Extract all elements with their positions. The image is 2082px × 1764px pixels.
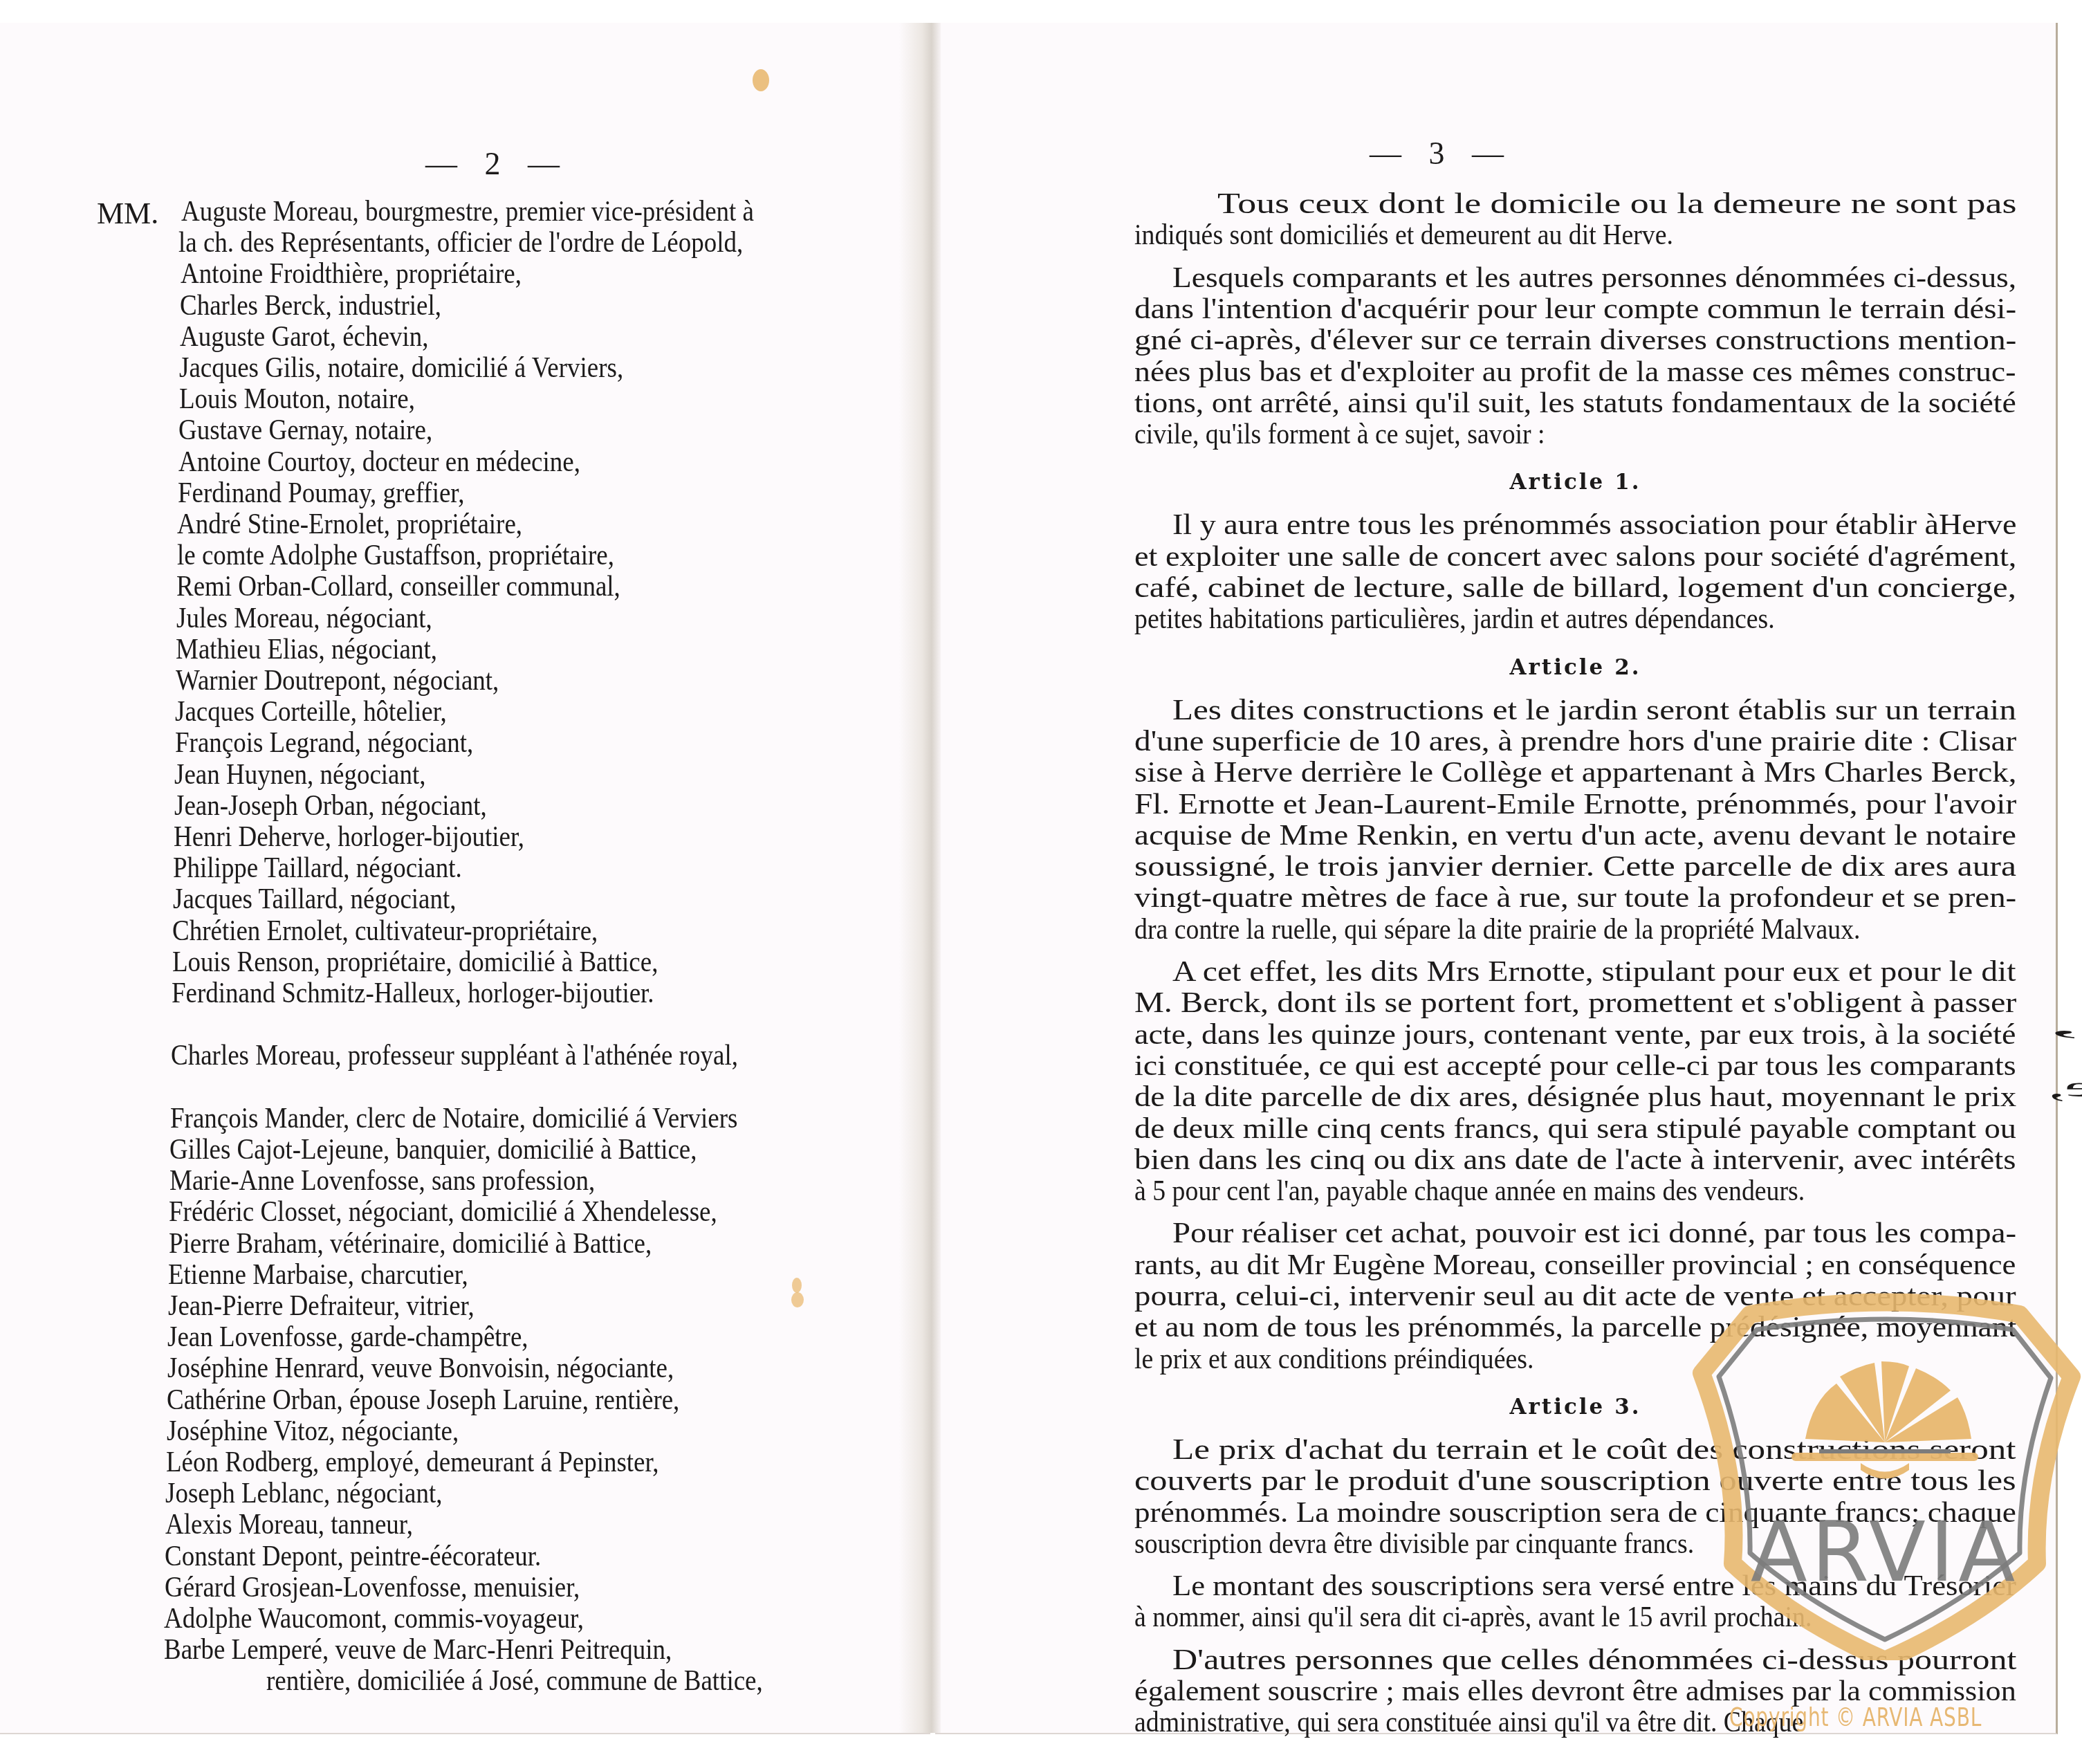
member-list-line: Gérard Grosjean-Lovenfosse, menuisier, [165,1572,580,1603]
paragraph-line: rants, au dit Mr Eugène Moreau, conseill… [1134,1250,2016,1281]
member-list-line: Jacques Taillard, négociant, [173,883,457,915]
page-number-left: — 2 — [425,145,569,182]
member-list-line: Warnier Doutrepont, négociant, [176,665,499,696]
member-list-line: Auguste Garot, échevin, [180,321,428,352]
member-list-line: Jacques Gilis, notaire, domicilié á Verv… [179,352,623,383]
member-list-line: domicilié à Mons, [2047,1009,2082,1040]
paragraph-line: le prix et aux conditions préindiquées. [1134,1344,1533,1375]
member-list-line: Marie-Anne Lovenfosse, sans profession, [169,1165,595,1196]
member-list-line: Ferdinand Poumay, greffier, [178,477,464,508]
member-list-line: Cathérine Orban, épouse Joseph Laruine, … [167,1384,679,1415]
member-list-line: Philippe Taillard, négociant. [173,852,462,883]
member-list-line: Etienne Marbaise, charcutier, [168,1259,468,1290]
paragraph-line: tions, ont arrêté, ainsi qu'il suit, les… [1134,388,2016,419]
member-list-line: Chrétien Ernolet, cultivateur-propriétai… [172,915,598,946]
member-list-line: Mathieu Elias, négociant, [176,634,437,665]
paragraph-line: A cet effet, les dits Mrs Ernotte, stipu… [1172,957,2016,988]
member-list-line: Jean-Pierre Defraiteur, vitrier, [168,1290,475,1321]
paragraph-line: nées plus bas et d'exploiter au profit d… [1134,357,2016,388]
member-list-line: Louis Renson, propriétaire, domicilié à … [172,946,658,977]
paragraph-line: vingt-quatre mètres de face à rue, sur t… [1134,883,2016,914]
member-list-line: Henri Deherve, horloger-bijoutier, [174,821,524,852]
member-list-line: Léon Rodberg, employé, demeurant á Pepin… [166,1446,659,1478]
paragraph-line: Les dites constructions et le jardin ser… [1172,695,2016,726]
member-list-line: Jean Lovenfosse, garde-champêtre, [167,1321,528,1352]
paragraph-line: sise à Herve derrière le Collège et appa… [1134,757,2016,789]
paragraph-line: souscription devra être divisible par ci… [1134,1529,1694,1560]
paragraph-line: couverts par le produit d'une souscripti… [1134,1466,2016,1497]
paragraph-line: soussigné, le trois janvier dernier. Cet… [1134,852,2016,883]
paragraph-line: d'une superficie de 10 ares, à prendre h… [1134,726,2016,757]
member-list-line: Frédéric Closset, négociant, domicilié á… [169,1196,717,1227]
paper-stain [791,1292,804,1307]
article-heading: Article 1. [1134,470,2016,495]
member-list-line: Jacques Corteille, hôtelier, [175,696,447,727]
member-list-line: Pierre Braham, vétérinaire, domicilié à … [169,1228,652,1259]
member-list-line: Jean-Joseph Orban, négociant, [174,790,487,821]
member-list-line: rentière, domiciliée á José, commune de … [266,1665,763,1696]
member-list-line: Auguste Moreau, bourgmestre, premier vic… [181,196,754,227]
member-list-line: Charles Berck, industriel, [180,290,441,321]
article-heading: Article 2. [1134,655,2016,680]
copyright-notice: Copyright © ARVIA ASBL [1729,1702,1982,1732]
paragraph-line: ici constituée, ce qui est accepté pour … [1134,1051,2016,1082]
paragraph-line: Pour réaliser cet achat, pouvoir est ici… [1172,1218,2016,1249]
paragraph-line: prénommés. La moindre souscription sera … [1134,1498,2016,1529]
member-list-line: Barbe Lemperé, veuve de Marc-Henri Peitr… [164,1634,672,1665]
paragraph-line: pourra, celui-ci, intervenir seul au dit… [1134,1281,2016,1312]
paper-stain [792,1278,802,1293]
paragraph-line: Le prix d'achat du terrain et le coût de… [1172,1435,2016,1466]
member-list-line: Jean Huynen, négociant, [174,759,426,790]
page-number-right: — 3 — [1370,135,1513,172]
paragraph-line: à 5 pour cent l'an, payable chaque année… [1134,1176,1805,1207]
member-list-line: Antoine Courtoy, docteur en médecine, [178,446,580,477]
paragraph-line: et exploiter une salle de concert avec s… [1134,542,2016,573]
paragraph-line: bien dans les cinq ou dix ans date de l'… [1134,1145,2016,1176]
paragraph-line: café, cabinet de lecture, salle de billa… [1134,573,2016,604]
member-list-line: Joséphine Henrard, veuve Bonvoisin, négo… [167,1352,674,1384]
paragraph-line: D'autres personnes que celles dénommées … [1172,1645,2016,1676]
paragraph-line: administrative, qui sera constituée ains… [1134,1707,1803,1738]
member-list-line: Louis Mouton, notaire, [179,383,415,414]
member-list-line: de Liége, demeurant à Liége, [2047,1072,2082,1103]
paragraph-line: petites habitations particulières, jardi… [1134,604,1775,635]
paragraph-line: de deux mille cinq cents francs, qui ser… [1134,1114,2016,1145]
paper-stain [753,69,769,91]
member-list-line: Adolphe Waucomont, commis-voyageur, [164,1603,584,1634]
member-list-line: André Stine-Ernolet, propriétaire, [177,508,522,540]
member-list-line: Antoine Froidthière, propriétaire, [181,258,522,289]
paragraph-line: et au nom de tous les prénommés, la parc… [1134,1312,2016,1343]
article-heading: Article 3. [1134,1395,2016,1420]
member-list-line: Charles Moreau, professeur suppléant à l… [171,1040,738,1071]
paragraph-line: Le montant des souscriptions sera versé … [1172,1571,2016,1602]
member-list-line: Constant Depont, peintre-éécorateur. [165,1541,541,1572]
member-list-line: Alexis Moreau, tanneur, [165,1509,413,1540]
member-list-line: François Mander, clerc de Notaire, domic… [170,1103,737,1134]
paragraph-line: Fl. Ernotte et Jean-Laurent-Emile Ernott… [1134,789,2016,820]
paragraph-line: civile, qu'ils forment à ce sujet, savoi… [1134,419,1545,450]
paragraph-line: Il y aura entre tous les prénommés assoc… [1172,510,2017,541]
paragraph-line: indiqués sont domiciliés et demeurent au… [1134,220,1673,251]
paragraph-line: à nommer, ainsi qu'il sera dit ci-après,… [1134,1602,1812,1633]
member-list-line: Gustave Gernay, notaire, [178,414,432,445]
paragraph-line: de la dite parcelle de dix ares, désigné… [1134,1082,2016,1113]
member-list-line: Joseph Leblanc, négociant, [165,1478,442,1509]
member-list-line: le comte Adolphe Gustaffson, propriétair… [177,540,614,571]
paragraph-line: acquise de Mme Renkin, en vertu d'un act… [1134,820,2016,852]
member-list-line: Gilles Cajot-Lejeune, banquier, domicili… [169,1134,697,1165]
paragraph-line: Tous ceux dont le domicile ou la demeure… [1217,189,2016,220]
member-list-line: Remi Orban-Collard, conseiller communal, [176,571,620,602]
paragraph-line: acte, dans les quinze jours, contenant v… [1134,1020,2016,1051]
member-list-line: Jules Moreau, négociant, [176,603,432,634]
paragraph-line: Lesquels comparants et les autres person… [1172,263,2016,294]
paragraph-line: gné ci-après, d'élever sur ce terrain di… [1134,325,2016,356]
member-list-line: Joséphine Vitoz, négociante, [167,1415,459,1446]
book-gutter [899,23,941,1733]
salutation: MM. [97,196,158,231]
member-list-line: François Legrand, négociant, [175,727,473,758]
member-list-line: la ch. des Représentants, officier de l'… [178,227,743,258]
member-list-line: Ferdinand Schmitz-Halleux, horloger-bijo… [172,977,654,1009]
paragraph-line: dans l'intention d'acquérir pour leur co… [1134,294,2016,325]
paragraph-line: dra contre la ruelle, qui sépare la dite… [1134,915,1861,946]
paragraph-line: M. Berck, dont ils se portent fort, prom… [1134,988,2016,1019]
